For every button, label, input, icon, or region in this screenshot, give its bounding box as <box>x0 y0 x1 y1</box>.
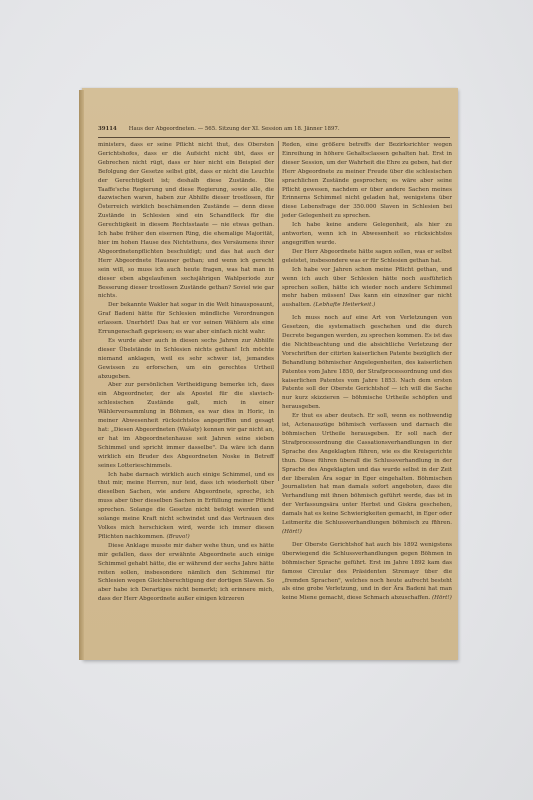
paragraph-text: Aber zur persönlichen Vertheidigung beme… <box>98 382 274 468</box>
paragraph-text: Der bekannte Wakler hat sogar in die Wel… <box>98 302 274 335</box>
paragraph: Ich habe darnach wirklich auch einige Sc… <box>98 471 274 542</box>
paragraph: Ich habe vor Jahren schon meine Pflicht … <box>282 266 452 311</box>
interjection: (Bravo!) <box>166 534 189 540</box>
paragraph: Es wurde aber auch in diesen sechs Jahre… <box>98 337 274 382</box>
paragraph: Der bekannte Wakler hat sogar in die Wel… <box>98 301 274 337</box>
paragraph-text: Der Herr Abgeordnete hätte sagen sollen,… <box>282 249 452 264</box>
paragraph-text: Ich habe darnach wirklich auch einige Sc… <box>98 472 274 540</box>
left-column: ministers, dass er seine Pflicht nicht t… <box>98 141 274 604</box>
column-divider <box>278 141 279 481</box>
paragraph: Aber zur persönlichen Vertheidigung beme… <box>98 381 274 470</box>
interjection: (Lebhafte Heiterkeit.) <box>313 302 375 308</box>
page-number: 39114 <box>98 126 117 132</box>
document-page: 39114 Haus der Abgeordneten. — 565. Sitz… <box>82 88 458 660</box>
paragraph: Der Oberste Gerichtshof hat auch bis 189… <box>282 541 452 603</box>
interjection: (Hört!) <box>432 595 452 601</box>
paragraph-text: Diese Anklage musste mir daher wehe thun… <box>98 543 274 602</box>
paragraph: Ich muss noch auf eine Art von Verletzun… <box>282 314 452 412</box>
paragraph: ministers, dass er seine Pflicht nicht t… <box>98 141 274 301</box>
paragraph: Er thut es aber deutsch. Er soll, wenn e… <box>282 412 452 537</box>
paragraph-text: Ich habe keine andere Gelegenheit, als h… <box>282 222 452 246</box>
interjection: (Hört!) <box>282 529 302 535</box>
paragraph-text: Es wurde aber auch in diesen sechs Jahre… <box>98 338 274 380</box>
paper-speck <box>434 520 436 522</box>
paragraph: Der Herr Abgeordnete hätte sagen sollen,… <box>282 248 452 266</box>
paragraph-text: Reden, eine größere betreffs der Bezirks… <box>282 142 452 219</box>
right-column: Reden, eine größere betreffs der Bezirks… <box>282 141 452 603</box>
header-rule <box>98 137 450 138</box>
paragraph-text: Der Oberste Gerichtshof hat auch bis 189… <box>282 542 452 601</box>
session-title: Haus der Abgeordneten. — 565. Sitzung de… <box>129 126 340 132</box>
paragraph-text: ministers, dass er seine Pflicht nicht t… <box>98 142 274 299</box>
paragraph-text: Ich muss noch auf eine Art von Verletzun… <box>282 315 452 410</box>
paragraph-text: Er thut es aber deutsch. Er soll, wenn e… <box>282 413 452 526</box>
running-head: 39114 Haus der Abgeordneten. — 565. Sitz… <box>98 126 450 132</box>
paragraph: Diese Anklage musste mir daher wehe thun… <box>98 542 274 604</box>
paragraph: Reden, eine größere betreffs der Bezirks… <box>282 141 452 221</box>
paragraph: Ich habe keine andere Gelegenheit, als h… <box>282 221 452 248</box>
